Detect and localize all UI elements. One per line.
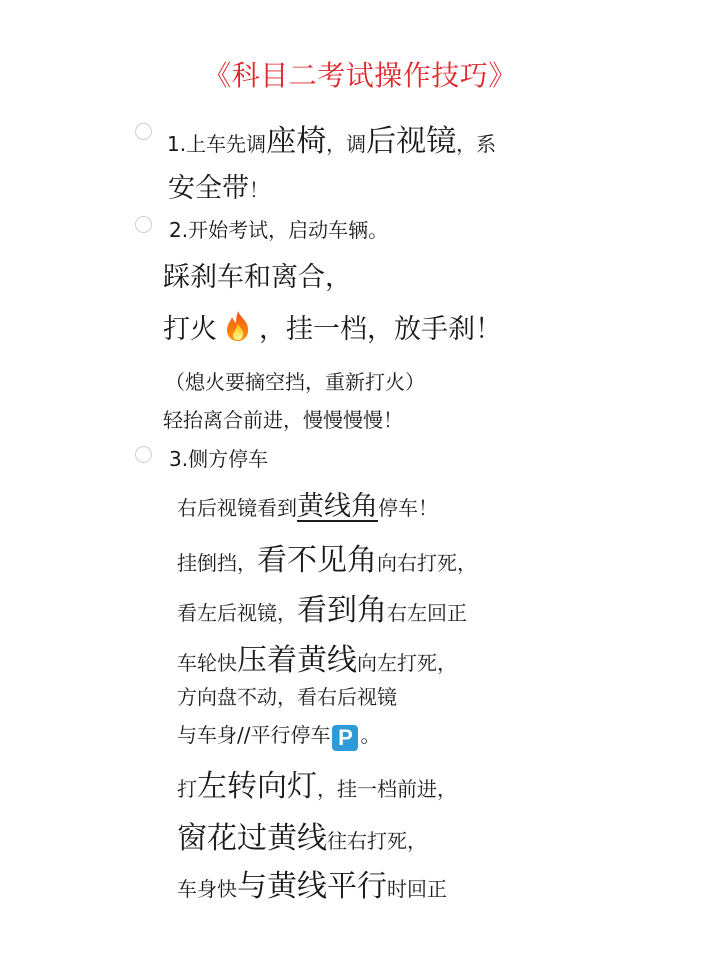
bullet-circle-3	[135, 446, 152, 463]
section-3-line-3: 挂倒挡， 看不见角 向右打死，	[177, 535, 477, 579]
emphasis-text: 座椅	[266, 116, 326, 160]
text-segment: 向左打死，	[357, 647, 457, 676]
text-segment: 与车身//平行停车	[177, 719, 330, 748]
text-segment: 上车先调	[186, 128, 266, 157]
section-3-line-9: 窗花过黄线 往右打死，	[177, 813, 427, 857]
text-segment: 右后视镜看到	[177, 492, 297, 521]
section-2-line-2: 踩刹车和离合，	[163, 255, 352, 294]
text-segment: 时回正	[387, 873, 447, 902]
text-segment: ，调	[326, 128, 366, 157]
section-2-line-5: 轻抬离合前进，慢慢慢慢！	[163, 404, 403, 433]
section-3-line-2: 右后视镜看到 黄线角 停车！	[177, 484, 438, 523]
emphasis-text: 安全带	[168, 166, 249, 205]
section-3-line-4: 看左后视镜， 看到角 右左回正	[177, 585, 467, 629]
emphasis-text: ，挂一档，放手刹！	[259, 307, 502, 346]
text-segment: 车身快	[177, 873, 237, 902]
section-number: 1.	[167, 132, 186, 156]
section-2-line-1: 2. 开始考试，启动车辆。	[169, 214, 388, 243]
text-segment: 开始考试，启动车辆。	[188, 214, 388, 243]
emphasis-text: 窗花过黄线	[177, 813, 327, 857]
section-2-line-4: （熄火要摘空挡，重新打火）	[165, 366, 425, 395]
emphasis-text: 看到角	[297, 585, 387, 629]
text-segment: 方向盘不动，看右后视镜	[177, 681, 397, 710]
section-3-line-5: 车轮快 压着黄线 向左打死，	[177, 635, 457, 679]
emphasis-text: 压着黄线	[237, 635, 357, 679]
section-3-line-1: 3. 侧方停车	[169, 443, 268, 472]
text-segment: （熄火要摘空挡，重新打火）	[165, 366, 425, 395]
emphasis-text: 打火	[163, 307, 217, 346]
section-3-line-10: 车身快 与黄线平行 时回正	[177, 861, 447, 905]
emphasis-text: 踩刹车和离合，	[163, 255, 352, 294]
section-number: 2.	[169, 218, 188, 242]
section-2-line-3: 打火 ，挂一档，放手刹！	[163, 306, 502, 346]
emphasis-text-underlined: 黄线角	[297, 484, 378, 523]
text-segment: 右左回正	[387, 597, 467, 626]
text-segment: 轻抬离合前进，慢慢慢慢！	[163, 404, 403, 433]
emphasis-text: 后视镜	[366, 116, 456, 160]
section-3-line-6: 方向盘不动，看右后视镜	[177, 681, 397, 710]
parking-icon: P	[332, 725, 358, 751]
text-segment: ，挂一档前进，	[317, 773, 457, 802]
text-segment: ，系	[456, 128, 496, 157]
text-segment: 挂倒挡，	[177, 547, 257, 576]
text-segment: 车轮快	[177, 647, 237, 676]
section-number: 3.	[169, 447, 188, 471]
fire-icon	[223, 310, 253, 342]
section-1-line-2: 安全带 ！	[168, 166, 269, 205]
text-segment: 看左后视镜，	[177, 597, 297, 626]
text-segment: 。	[360, 719, 380, 748]
text-segment: 停车！	[378, 492, 438, 521]
bullet-circle-2	[135, 216, 152, 233]
section-1-line-1: 1. 上车先调 座椅 ，调 后视镜 ，系	[167, 116, 496, 160]
emphasis-text: 与黄线平行	[237, 861, 387, 905]
emphasis-text: 看不见角	[257, 535, 377, 579]
page-title: 《科目二考试操作技巧》	[0, 56, 720, 96]
section-3-line-7: 与车身//平行停车 P 。	[177, 719, 380, 748]
emphasis-text: 左转向灯	[197, 761, 317, 805]
section-3-line-8: 打 左转向灯 ，挂一档前进，	[177, 761, 457, 805]
text-segment: 侧方停车	[188, 443, 268, 472]
text-segment: 向右打死，	[377, 547, 477, 576]
text-segment: 打	[177, 773, 197, 802]
bullet-circle-1	[135, 123, 152, 140]
text-segment: ！	[249, 174, 269, 203]
text-segment: 往右打死，	[327, 825, 427, 854]
